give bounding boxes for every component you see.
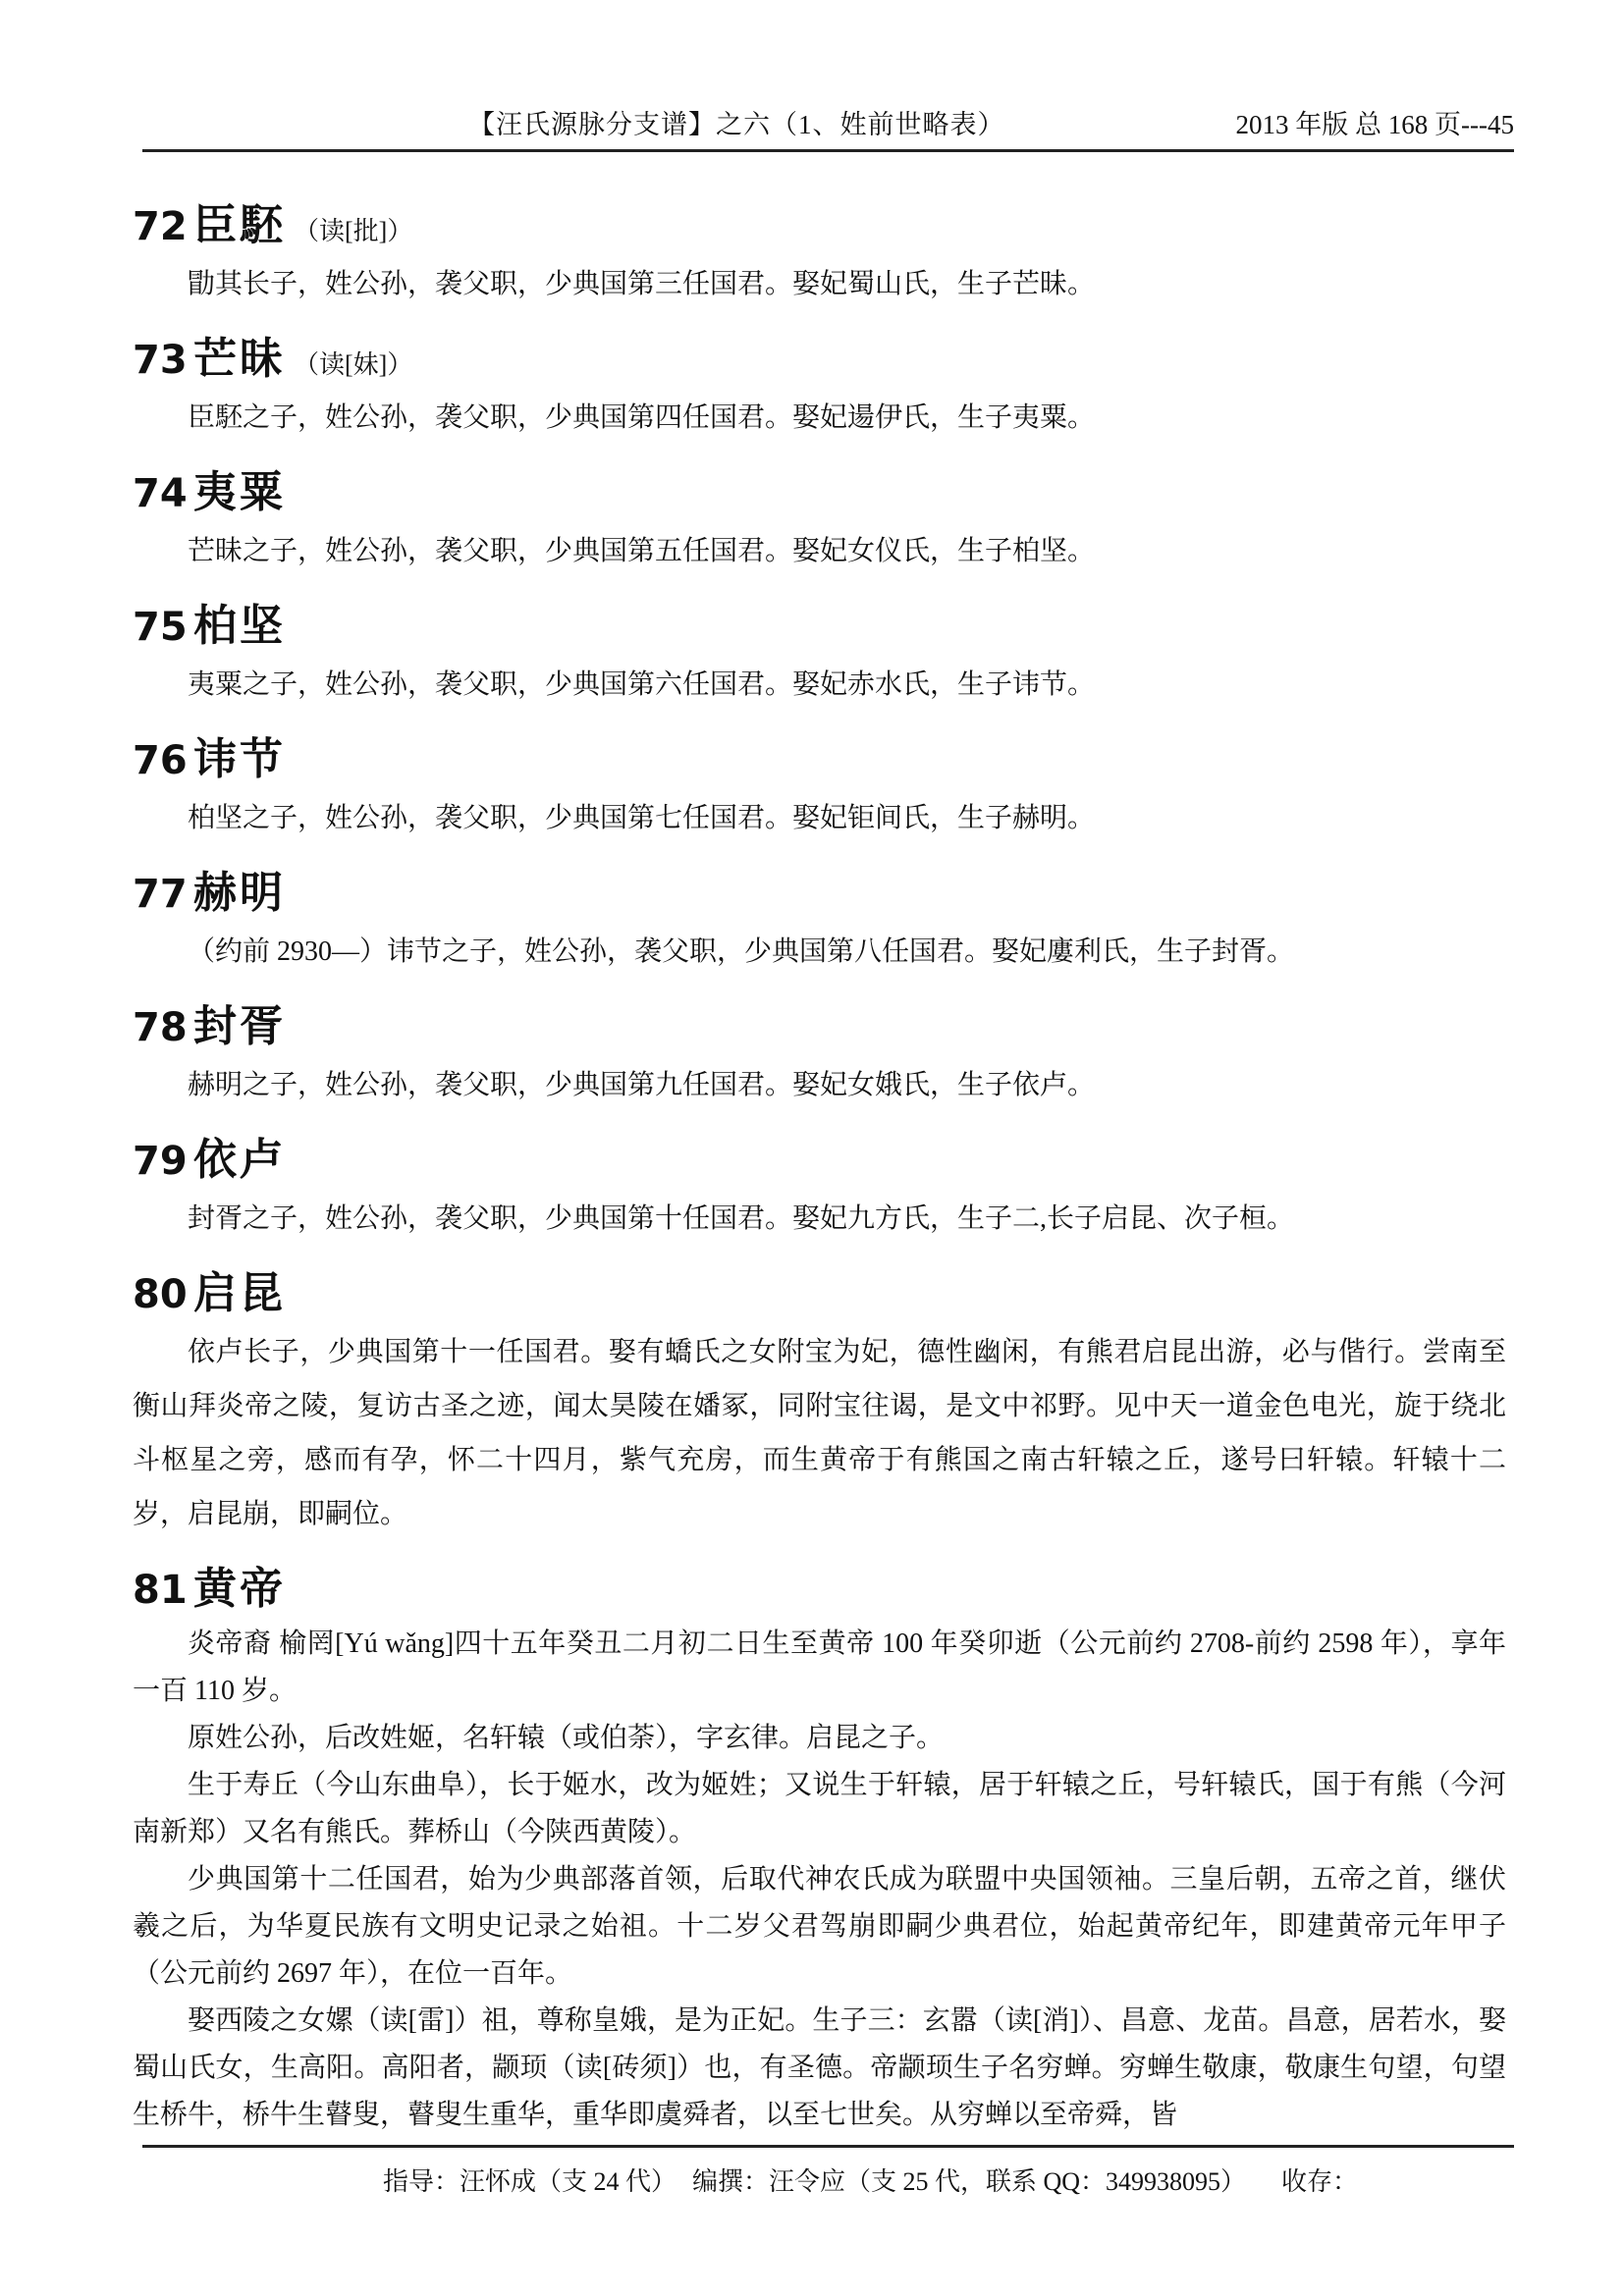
entry-title: 柏坚 bbox=[193, 604, 286, 649]
entry-paragraph: 原姓公孙，后改姓姬，名轩辕（或伯荼），字玄律。启昆之子。 bbox=[133, 1715, 1506, 1762]
entry-title: 黄帝 bbox=[193, 1567, 286, 1612]
entries-list: 72 臣駓 （读[批]） 勖其长子，姓公孙，袭父职，少典国第三任国君。娶妃蜀山氏… bbox=[133, 203, 1506, 2139]
footer-compile: 编撰：汪令应（支 25 代，联系 QQ：349938095） bbox=[692, 2162, 1246, 2198]
entry-number: 81 bbox=[133, 1568, 193, 1613]
entry-number: 79 bbox=[133, 1139, 193, 1184]
entry-heading: 75 柏坚 bbox=[133, 604, 1506, 650]
entry-title: 启昆 bbox=[193, 1271, 286, 1316]
entry-paragraph: 赫明之子，姓公孙，袭父职，少典国第九任国君。娶妃女娥氏，生子依卢。 bbox=[133, 1058, 1506, 1112]
entry-title: 封胥 bbox=[193, 1004, 286, 1049]
entry-81: 81 黄帝 炎帝裔 榆罔[Yú wǎng]四十五年癸丑二月初二日生至黄帝 100… bbox=[133, 1567, 1506, 2139]
entry-74: 74 夷粟 芒昧之子，姓公孙，袭父职，少典国第五任国君。娶妃女仪氏，生子柏坚。 bbox=[133, 470, 1506, 578]
entry-number: 72 bbox=[133, 204, 193, 249]
entry-reading-note: （读[妹]） bbox=[294, 345, 412, 381]
entry-body: 夷粟之子，姓公孙，袭父职，少典国第六任国君。娶妃赤水氏，生子讳节。 bbox=[133, 658, 1506, 712]
entry-body: 勖其长子，姓公孙，袭父职，少典国第三任国君。娶妃蜀山氏，生子芒昧。 bbox=[133, 257, 1506, 311]
entry-title: 芒昧 bbox=[193, 337, 286, 382]
entry-paragraph: 生于寿丘（今山东曲阜），长于姬水，改为姬姓；又说生于轩辕，居于轩辕之丘，号轩辕氏… bbox=[133, 1762, 1506, 1856]
entry-paragraph: 芒昧之子，姓公孙，袭父职，少典国第五任国君。娶妃女仪氏，生子柏坚。 bbox=[133, 524, 1506, 578]
entry-body: 依卢长子，少典国第十一任国君。娶有蟜氏之女附宝为妃，德性幽闲，有熊君启昆出游，必… bbox=[133, 1325, 1506, 1541]
entry-paragraph: 少典国第十二任国君，始为少典部落首领，后取代神农氏成为联盟中央国领袖。三皇后朝，… bbox=[133, 1856, 1506, 1998]
entry-paragraph: 臣駓之子，姓公孙，袭父职，少典国第四任国君。娶妃逿伊氏，生子夷粟。 bbox=[133, 391, 1506, 445]
entry-number: 78 bbox=[133, 1005, 193, 1050]
entry-body: 封胥之子，姓公孙，袭父职，少典国第十任国君。娶妃九方氏，生子二,长子启昆、次子桓… bbox=[133, 1192, 1506, 1246]
entry-title: 夷粟 bbox=[193, 470, 286, 515]
entry-heading: 78 封胥 bbox=[133, 1004, 1506, 1050]
entry-number: 75 bbox=[133, 605, 193, 650]
entry-paragraph: 勖其长子，姓公孙，袭父职，少典国第三任国君。娶妃蜀山氏，生子芒昧。 bbox=[133, 257, 1506, 311]
entry-reading-note: （读[批]） bbox=[294, 211, 412, 247]
entry-heading: 76 讳节 bbox=[133, 737, 1506, 783]
entry-77: 77 赫明 （约前 2930—）讳节之子，姓公孙，袭父职，少典国第八任国君。娶妃… bbox=[133, 871, 1506, 979]
entry-75: 75 柏坚 夷粟之子，姓公孙，袭父职，少典国第六任国君。娶妃赤水氏，生子讳节。 bbox=[133, 604, 1506, 712]
footer-guide: 指导：汪怀成（支 24 代） bbox=[383, 2162, 677, 2198]
entry-paragraph: 夷粟之子，姓公孙，袭父职，少典国第六任国君。娶妃赤水氏，生子讳节。 bbox=[133, 658, 1506, 712]
entry-body: （约前 2930—）讳节之子，姓公孙，袭父职，少典国第八任国君。娶妃廔利氏，生子… bbox=[133, 925, 1506, 979]
entry-title: 臣駓 bbox=[193, 203, 286, 248]
entry-73: 73 芒昧 （读[妹]） 臣駓之子，姓公孙，袭父职，少典国第四任国君。娶妃逿伊氏… bbox=[133, 337, 1506, 445]
page-header-pageinfo: 2013 年版 总 168 页---45 bbox=[1236, 103, 1514, 141]
entry-80: 80 启昆 依卢长子，少典国第十一任国君。娶有蟜氏之女附宝为妃，德性幽闲，有熊君… bbox=[133, 1271, 1506, 1541]
entry-number: 80 bbox=[133, 1272, 193, 1317]
entry-heading: 77 赫明 bbox=[133, 871, 1506, 917]
entry-number: 77 bbox=[133, 872, 193, 917]
page-header-title: 【汪氏源脉分支谱】之六（1、姓前世略表） bbox=[468, 103, 1005, 141]
footer-keep: 收存： bbox=[1281, 2162, 1358, 2198]
entry-76: 76 讳节 柏坚之子，姓公孙，袭父职，少典国第七任国君。娶妃钜间氏，生子赫明。 bbox=[133, 737, 1506, 845]
page-footer: 指导：汪怀成（支 24 代） 编撰：汪令应（支 25 代，联系 QQ：34993… bbox=[142, 2145, 1514, 2216]
entry-body: 柏坚之子，姓公孙，袭父职，少典国第七任国君。娶妃钜间氏，生子赫明。 bbox=[133, 791, 1506, 845]
entry-paragraph: 柏坚之子，姓公孙，袭父职，少典国第七任国君。娶妃钜间氏，生子赫明。 bbox=[133, 791, 1506, 845]
entry-heading: 79 依卢 bbox=[133, 1138, 1506, 1184]
entry-number: 73 bbox=[133, 338, 193, 383]
entry-paragraph: （约前 2930—）讳节之子，姓公孙，袭父职，少典国第八任国君。娶妃廔利氏，生子… bbox=[133, 925, 1506, 979]
entry-heading: 73 芒昧 （读[妹]） bbox=[133, 337, 1506, 383]
entry-heading: 72 臣駓 （读[批]） bbox=[133, 203, 1506, 249]
entry-title: 赫明 bbox=[193, 871, 286, 916]
entry-72: 72 臣駓 （读[批]） 勖其长子，姓公孙，袭父职，少典国第三任国君。娶妃蜀山氏… bbox=[133, 203, 1506, 311]
entry-paragraph: 封胥之子，姓公孙，袭父职，少典国第十任国君。娶妃九方氏，生子二,长子启昆、次子桓… bbox=[133, 1192, 1506, 1246]
entry-title: 讳节 bbox=[193, 737, 286, 782]
entry-paragraph: 娶西陵之女嫘（读[雷]）祖，尊称皇娥，是为正妃。生子三：玄嚣（读[消]）、昌意、… bbox=[133, 1998, 1506, 2139]
entry-number: 76 bbox=[133, 738, 193, 783]
entry-heading: 74 夷粟 bbox=[133, 470, 1506, 516]
entry-body: 臣駓之子，姓公孙，袭父职，少典国第四任国君。娶妃逿伊氏，生子夷粟。 bbox=[133, 391, 1506, 445]
page-header: 【汪氏源脉分支谱】之六（1、姓前世略表） 2013 年版 总 168 页---4… bbox=[142, 102, 1514, 152]
entry-heading: 81 黄帝 bbox=[133, 1567, 1506, 1613]
entry-heading: 80 启昆 bbox=[133, 1271, 1506, 1317]
entry-paragraph: 依卢长子，少典国第十一任国君。娶有蟜氏之女附宝为妃，德性幽闲，有熊君启昆出游，必… bbox=[133, 1325, 1506, 1541]
entry-78: 78 封胥 赫明之子，姓公孙，袭父职，少典国第九任国君。娶妃女娥氏，生子依卢。 bbox=[133, 1004, 1506, 1112]
entry-79: 79 依卢 封胥之子，姓公孙，袭父职，少典国第十任国君。娶妃九方氏，生子二,长子… bbox=[133, 1138, 1506, 1246]
entry-body: 赫明之子，姓公孙，袭父职，少典国第九任国君。娶妃女娥氏，生子依卢。 bbox=[133, 1058, 1506, 1112]
entry-paragraph: 炎帝裔 榆罔[Yú wǎng]四十五年癸丑二月初二日生至黄帝 100 年癸卯逝（… bbox=[133, 1621, 1506, 1715]
entry-body: 芒昧之子，姓公孙，袭父职，少典国第五任国君。娶妃女仪氏，生子柏坚。 bbox=[133, 524, 1506, 578]
entry-body: 炎帝裔 榆罔[Yú wǎng]四十五年癸丑二月初二日生至黄帝 100 年癸卯逝（… bbox=[133, 1621, 1506, 2139]
genealogy-page: 【汪氏源脉分支谱】之六（1、姓前世略表） 2013 年版 总 168 页---4… bbox=[0, 0, 1624, 2296]
entry-title: 依卢 bbox=[193, 1138, 286, 1183]
entry-number: 74 bbox=[133, 471, 193, 516]
